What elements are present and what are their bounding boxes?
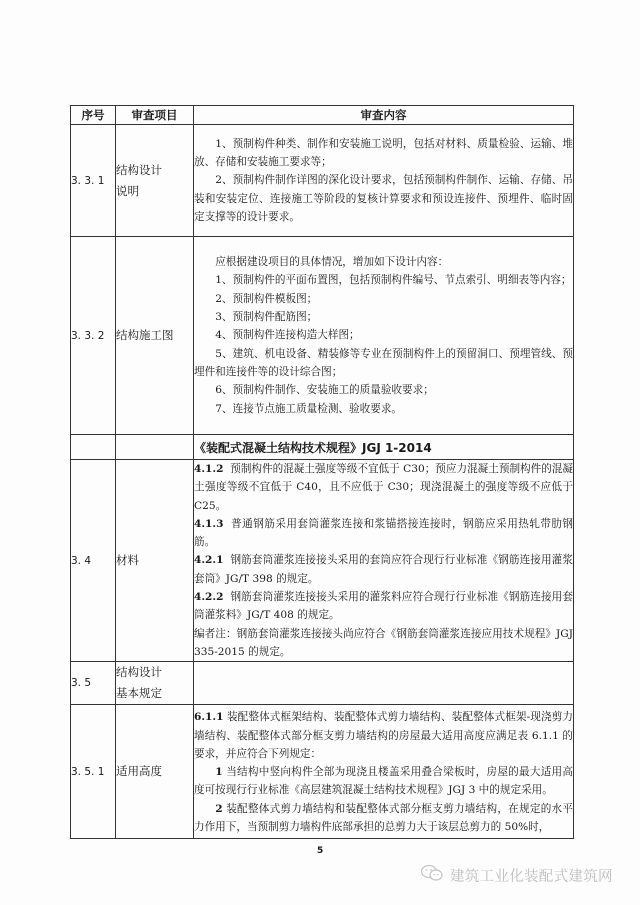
clause-text: 钢筋套筒灌浆连接接头采用的灌浆料应符合现行行业标准《钢筋连接用套筒灌浆料》JG/…: [194, 591, 573, 621]
content-paragraph: 1、预制构件种类、制作和安装施工说明，包括对材料、质量检验、运输、堆放、存储和安…: [194, 135, 573, 172]
clause: 6.1.1 装配整体式框架结构、装配整体式剪力墙结构、装配整体式框架-现浇剪力墙…: [194, 708, 573, 763]
row-content: [194, 662, 574, 705]
sub-item-text: 当结构中竖向构件全部为现浇且楼盖采用叠合梁板时，房屋的最大适用高度可按现行行业标…: [194, 766, 573, 796]
clause-id: 6.1.1: [194, 711, 224, 723]
sub-item: 1 当结构中竖向构件全部为现浇且楼盖采用叠合梁板时，房屋的最大适用高度可按现行行…: [194, 763, 573, 800]
content-paragraph: 5、建筑、机电设备、精装修等专业在预制构件上的预留洞口、预埋管线、预埋件和连接件…: [194, 345, 573, 382]
wechat-icon: [420, 864, 444, 886]
header-no: 序号: [71, 106, 116, 125]
content-paragraph: 4、预制构件连接构造大样图；: [194, 326, 573, 344]
clause-id: 4.1.3: [194, 518, 224, 530]
clause-id: 4.2.1: [194, 554, 224, 566]
editor-note: 编者注：钢筋套筒灌浆连接接头尚应符合《钢筋套筒灌浆连接应用技术规程》JGJ 33…: [194, 625, 573, 662]
row-item: 材料: [116, 460, 194, 662]
row-number: 3. 3. 2: [71, 237, 116, 435]
standard-title: 《装配式混凝土结构技术规程》JGJ 1-2014: [194, 435, 574, 460]
content-paragraph: 应根据建设项目的具体情况，增加如下设计内容：: [194, 253, 573, 271]
content-paragraph: 3、预制构件配筋图；: [194, 308, 573, 326]
table-row: 3. 4 材料 4.1.2 预制构件的混凝土强度等级不宜低于 C30；预应力混凝…: [71, 460, 574, 662]
sub-item-number: 1: [215, 766, 222, 778]
table-row: 3. 3. 2 结构施工图 应根据建设项目的具体情况，增加如下设计内容： 1、预…: [71, 237, 574, 435]
table-row: 3. 5. 1 适用高度 6.1.1 装配整体式框架结构、装配整体式剪力墙结构、…: [71, 705, 574, 839]
row-content: 应根据建设项目的具体情况，增加如下设计内容： 1、预制构件的平面布置图，包括预制…: [194, 237, 574, 435]
header-item: 审查项目: [116, 106, 194, 125]
watermark: 建筑工业化装配式建筑网: [420, 864, 613, 886]
watermark-text: 建筑工业化装配式建筑网: [450, 865, 613, 886]
document-page: 序号 审查项目 审查内容 3. 3. 1 结构设计 说明 1、预制构件种类、制作…: [0, 0, 640, 905]
clause-id: 4.1.2: [194, 463, 224, 475]
row-number: 3. 4: [71, 460, 116, 662]
clause-text: 装配整体式框架结构、装配整体式剪力墙结构、装配整体式框架-现浇剪力墙结构、装配整…: [194, 711, 573, 760]
row-content: 4.1.2 预制构件的混凝土强度等级不宜低于 C30；预应力混凝土预制构件的混凝…: [194, 460, 574, 662]
content-paragraph: 6、预制构件制作、安装施工的质量验收要求；: [194, 381, 573, 399]
clause-text: 钢筋套筒灌浆连接接头采用的套筒应符合现行行业标准《钢筋连接用灌浆套筒》JG/T …: [194, 554, 573, 584]
item-line: 基本规定: [116, 683, 193, 704]
table-header-row: 序号 审查项目 审查内容: [71, 106, 574, 125]
item-line: 说明: [116, 181, 193, 202]
row-item: 结构设计 说明: [116, 125, 194, 237]
clause: 4.2.2 钢筋套筒灌浆连接接头采用的灌浆料应符合现行行业标准《钢筋连接用套筒灌…: [194, 588, 573, 625]
row-number: 3. 5: [71, 662, 116, 705]
content-paragraph: 2、预制构件制作详图的深化设计要求，包括预制构件制作、运输、存储、吊装和安装定位…: [194, 171, 573, 226]
content-paragraph: 7、连接节点施工质量检测、验收要求。: [194, 400, 573, 418]
item-line: 结构设计: [116, 662, 193, 683]
standard-title-row: 《装配式混凝土结构技术规程》JGJ 1-2014: [71, 435, 574, 460]
sub-item: 2 装配整体式剪力墙结构和装配整体式部分框支剪力墙结构，在规定的水平力作用下，当…: [194, 800, 573, 837]
row-number: 3. 5. 1: [71, 705, 116, 839]
clause: 4.1.2 预制构件的混凝土强度等级不宜低于 C30；预应力混凝土预制构件的混凝…: [194, 460, 573, 515]
row-item: 结构施工图: [116, 237, 194, 435]
content-paragraph: 2、预制构件模板图；: [194, 290, 573, 308]
clause-text: 普通钢筋采用套筒灌浆连接和浆锚搭接连接时，钢筋应采用热轧带肋钢筋。: [194, 518, 573, 548]
item-line: 结构设计: [116, 160, 193, 181]
table-row: 3. 5 结构设计 基本规定: [71, 662, 574, 705]
sub-item-number: 2: [215, 803, 222, 815]
clause: 4.1.3 普通钢筋采用套筒灌浆连接和浆锚搭接连接时，钢筋应采用热轧带肋钢筋。: [194, 515, 573, 552]
row-item: 结构设计 基本规定: [116, 662, 194, 705]
row-content: 6.1.1 装配整体式框架结构、装配整体式剪力墙结构、装配整体式框架-现浇剪力墙…: [194, 705, 574, 839]
table-row: 3. 3. 1 结构设计 说明 1、预制构件种类、制作和安装施工说明，包括对材料…: [71, 125, 574, 237]
row-content: 1、预制构件种类、制作和安装施工说明，包括对材料、质量检验、运输、堆放、存储和安…: [194, 125, 574, 237]
content-paragraph: 1、预制构件的平面布置图，包括预制构件编号、节点索引、明细表等内容；: [194, 271, 573, 289]
clause-text: 预制构件的混凝土强度等级不宜低于 C30；预应力混凝土预制构件的混凝土强度等级不…: [194, 463, 573, 512]
review-table: 序号 审查项目 审查内容 3. 3. 1 结构设计 说明 1、预制构件种类、制作…: [70, 105, 574, 839]
row-item: [116, 435, 194, 460]
clause-id: 4.2.2: [194, 591, 224, 603]
row-item: 适用高度: [116, 705, 194, 839]
header-content: 审查内容: [194, 106, 574, 125]
row-number: [71, 435, 116, 460]
page-number: 5: [317, 846, 323, 856]
row-number: 3. 3. 1: [71, 125, 116, 237]
sub-item-text: 装配整体式剪力墙结构和装配整体式部分框支剪力墙结构，在规定的水平力作用下，当预制…: [194, 803, 573, 833]
clause: 4.2.1 钢筋套筒灌浆连接接头采用的套筒应符合现行行业标准《钢筋连接用灌浆套筒…: [194, 551, 573, 588]
